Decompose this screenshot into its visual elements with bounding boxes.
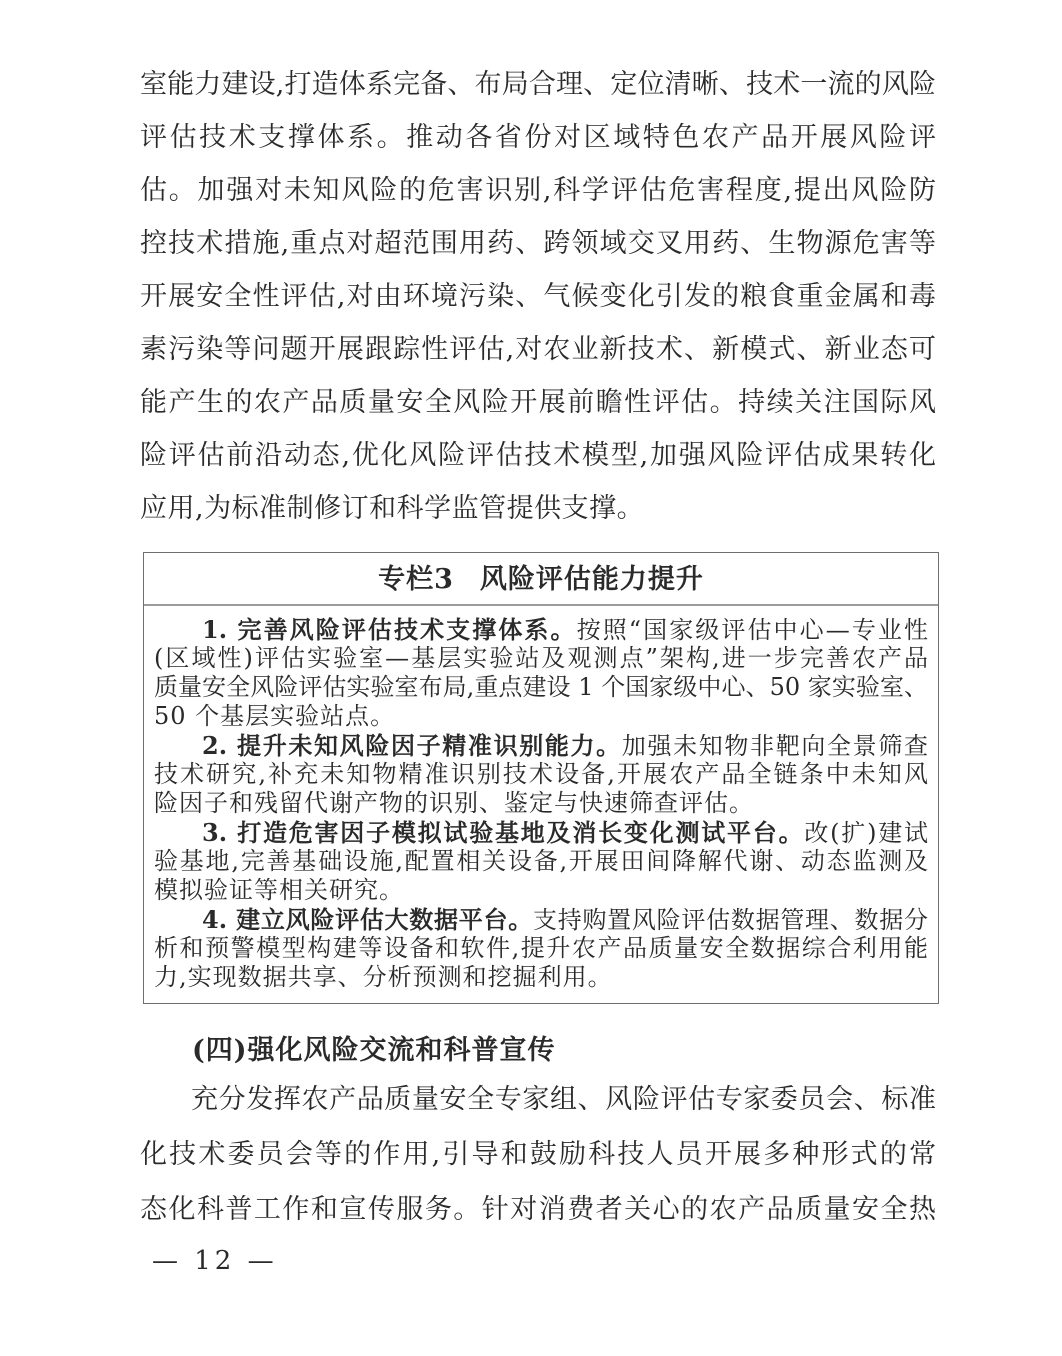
box-item-4-lead: 4. 建立风险评估大数据平台。 <box>202 905 533 934</box>
section-line: 化技术委员会等的作用,引导和鼓励科技人员开展多种形式的常 <box>140 1127 936 1182</box>
box-item-3-lead: 3. 打造危害因子模拟试验基地及消长变化测试平台。 <box>202 818 804 847</box>
box-item-2-line: 2. 提升未知风险因子精准识别能力。加强未知物非靶向全景筛查 <box>154 731 928 760</box>
body-line: 险评估前沿动态,优化风险评估技术模型,加强风险评估成果转化 <box>140 429 936 482</box>
box-item-4-line: 力,实现数据共享、分析预测和挖掘利用。 <box>154 963 928 992</box>
box-item-3-line: 模拟验证等相关研究。 <box>154 876 928 905</box>
box-item-4-rest: 支持购置风险评估数据管理、数据分 <box>533 906 928 934</box>
box-item-2-lead: 2. 提升未知风险因子精准识别能力。 <box>202 731 622 760</box>
section-4-heading: (四)强化风险交流和科普宣传 <box>192 1028 556 1067</box>
box-item-2-line: 技术研究,补充未知物精准识别技术设备,开展农产品全链条中未知风 <box>154 760 928 789</box>
box-item-2-rest: 加强未知物非靶向全景筛查 <box>622 732 928 760</box>
box-item-1-line: (区域性)评估实验室—基层实验站及观测点”架构,进一步完善农产品 <box>154 644 928 673</box>
box-item-3-line: 验基地,完善基础设施,配置相关设备,开展田间降解代谢、动态监测及 <box>154 847 928 876</box>
body-line: 控技术措施,重点对超范围用药、跨领域交叉用药、生物源危害等 <box>140 217 936 270</box>
column-box-title-text: 风险评估能力提升 <box>480 564 704 595</box>
box-item-3-rest: 改(扩)建试 <box>804 819 928 847</box>
section-4-paragraph: 充分发挥农产品质量安全专家组、风险评估专家委员会、标准 化技术委员会等的作用,引… <box>140 1072 936 1237</box>
box-item-1-lead: 1. 完善风险评估技术支撑体系。 <box>202 615 577 644</box>
box-item-4-line: 4. 建立风险评估大数据平台。支持购置风险评估数据管理、数据分 <box>154 905 928 934</box>
page-number: — 12 — <box>152 1246 278 1276</box>
column-box-title: 专栏3风险评估能力提升 <box>144 553 938 606</box>
body-line: 能产生的农产品质量安全风险开展前瞻性评估。持续关注国际风 <box>140 376 936 429</box>
body-line: 开展安全性评估,对由环境污染、气候变化引发的粮食重金属和毒 <box>140 270 936 323</box>
box-item-2-line: 险因子和残留代谢产物的识别、鉴定与快速筛查评估。 <box>154 789 928 818</box>
section-line: 充分发挥农产品质量安全专家组、风险评估专家委员会、标准 <box>140 1072 936 1127</box>
body-line: 估。加强对未知风险的危害识别,科学评估危害程度,提出风险防 <box>140 164 936 217</box>
box-item-1-line: 1. 完善风险评估技术支撑体系。按照“国家级评估中心—专业性 <box>154 615 928 644</box>
box-item-1-line: 质量安全风险评估实验室布局,重点建设 1 个国家级中心、50 家实验室、 <box>154 673 928 702</box>
box-item-1-rest: 按照“国家级评估中心—专业性 <box>577 616 928 644</box>
box-item-4-line: 析和预警模型构建等设备和软件,提升农产品质量安全数据综合利用能 <box>154 934 928 963</box>
section-line: 态化科普工作和宣传服务。针对消费者关心的农产品质量安全热 <box>140 1182 936 1237</box>
box-item-3-line: 3. 打造危害因子模拟试验基地及消长变化测试平台。改(扩)建试 <box>154 818 928 847</box>
column-box-title-label: 专栏3 <box>378 564 454 595</box>
body-line: 评估技术支撑体系。推动各省份对区域特色农产品开展风险评 <box>140 111 936 164</box>
body-line: 室能力建设,打造体系完备、布局合理、定位清晰、技术一流的风险 <box>140 58 936 111</box>
main-paragraph: 室能力建设,打造体系完备、布局合理、定位清晰、技术一流的风险 评估技术支撑体系。… <box>140 58 936 535</box>
document-page: 室能力建设,打造体系完备、布局合理、定位清晰、技术一流的风险 评估技术支撑体系。… <box>0 0 1062 1356</box>
column-3-box: 专栏3风险评估能力提升 1. 完善风险评估技术支撑体系。按照“国家级评估中心—专… <box>143 552 939 1004</box>
body-line: 素污染等问题开展跟踪性评估,对农业新技术、新模式、新业态可 <box>140 323 936 376</box>
box-item-1-line: 50 个基层实验站点。 <box>154 702 928 731</box>
column-box-body: 1. 完善风险评估技术支撑体系。按照“国家级评估中心—专业性 (区域性)评估实验… <box>144 606 938 1003</box>
body-line: 应用,为标准制修订和科学监管提供支撑。 <box>140 482 936 535</box>
